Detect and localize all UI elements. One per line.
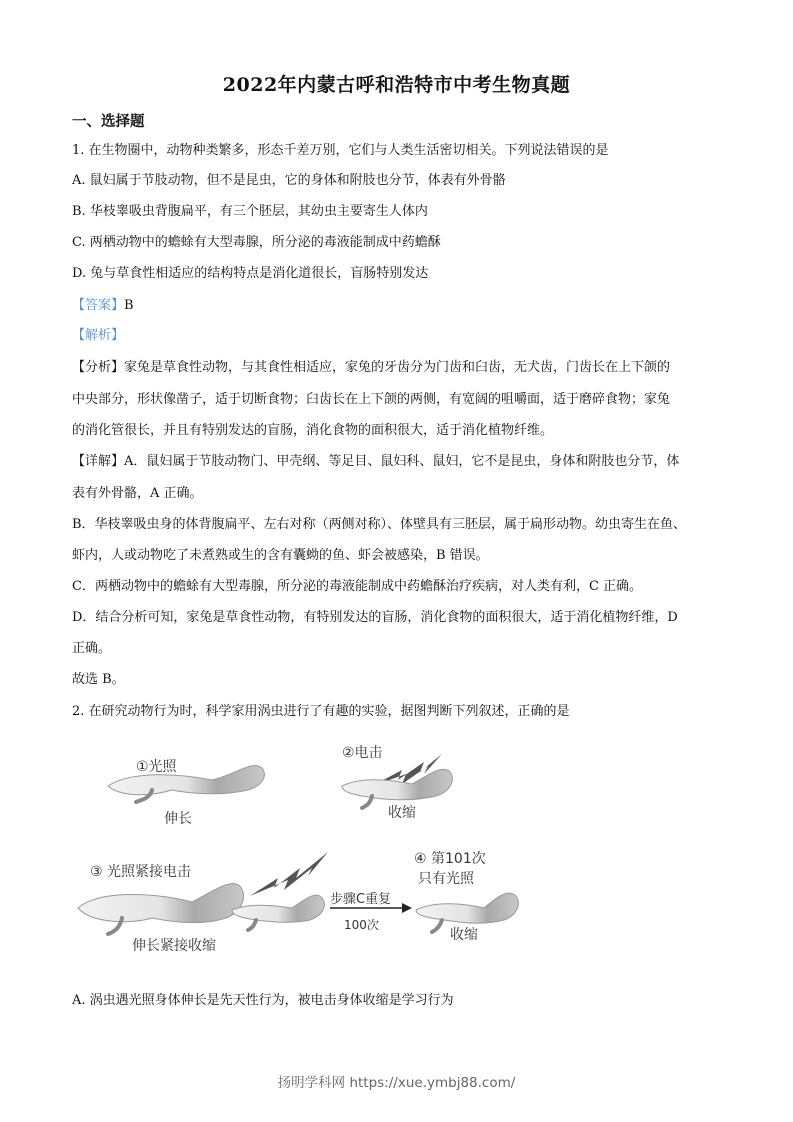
planarian-experiment-figure: ①光照 伸长 ②电击 收缩 ③ 光照紧接电击 伸长紧接收缩 步骤C重复 100次… (72, 728, 542, 973)
analysis-line: 故选 B。 (72, 672, 125, 688)
footer-watermark: 扬明学科网 https://xue.ymbj88.com/ (0, 1071, 793, 1091)
step4-result: 收缩 (450, 924, 478, 944)
analysis-line: 的消化管很长，并且有特别发达的盲肠，消化食物的面积很大，适于消化植物纤维。 (72, 423, 553, 439)
analysis-line: 【详解】A．鼠妇属于节肢动物门、甲壳纲、等足目、鼠妇科、鼠妇，它不是昆虫，身体和… (72, 454, 679, 470)
step1-result: 伸长 (164, 808, 192, 828)
analysis-line: 虾内，人或动物吃了未煮熟或生的含有囊蚴的鱼、虾会被感染，B 错误。 (72, 548, 489, 564)
q1-option-a: A. 鼠妇属于节肢动物，但不是昆虫，它的身体和附肢也分节，体表有外骨骼 (72, 173, 506, 189)
arrow-bottom-label: 100次 (344, 916, 379, 933)
q1-option-d: D. 兔与草食性相适应的结构特点是消化道很长，盲肠特别发达 (72, 266, 428, 282)
analysis-label: 【解析】 (72, 328, 124, 344)
analysis-line: 表有外骨骼，A 正确。 (72, 486, 203, 502)
page-title: 2022年内蒙古呼和浩特市中考生物真题 (0, 70, 793, 97)
planarian-icon (78, 884, 244, 934)
analysis-line: D．结合分析可知，家兔是草食性动物，有特别发达的盲肠，消化食物的面积很大，适于消… (72, 610, 678, 626)
answer-value: B (124, 298, 134, 313)
step1-label: ①光照 (136, 756, 177, 776)
planarian-icon (108, 766, 264, 802)
analysis-line: 中央部分，形状像凿子，适于切断食物；臼齿长在上下颌的两侧，有宽阔的咀嚼面，适于磨… (72, 392, 670, 408)
arrow-top-label: 步骤C重复 (330, 888, 391, 907)
step3-result: 伸长紧接收缩 (132, 935, 216, 955)
answer-label: 【答案】 (72, 298, 124, 313)
analysis-line: B．华枝睾吸虫身的体背腹扁平、左右对称（两侧对称）、体壁具有三胚层，属于扁形动物… (72, 517, 686, 533)
lightning-icon (250, 852, 328, 896)
section-heading: 一、选择题 (72, 110, 145, 131)
analysis-line: 【分析】家兔是草食性动物，与其食性相适应，家兔的牙齿分为门齿和臼齿，无犬齿，门齿… (72, 360, 670, 376)
q2-option-a: A. 涡虫遇光照身体伸长是先天性行为，被电击身体收缩是学习行为 (72, 993, 454, 1009)
step2-label: ②电击 (342, 742, 383, 762)
step3-label: ③ 光照紧接电击 (90, 861, 191, 881)
step2-result: 收缩 (388, 802, 416, 822)
question-1-stem: 1. 在生物圈中，动物种类繁多，形态千差万别，它们与人类生活密切相关。下列说法错… (72, 143, 609, 159)
planarian-icon (232, 895, 324, 930)
analysis-line: 正确。 (72, 641, 111, 657)
q1-answer: 【答案】B (72, 298, 134, 314)
arrow-head-icon (402, 903, 412, 913)
q1-option-c: C. 两栖动物中的蟾蜍有大型毒腺，所分泌的毒液能制成中药蟾酥 (72, 235, 441, 251)
q1-option-b: B. 华枝睾吸虫背腹扁平，有三个胚层，其幼虫主要寄生人体内 (72, 204, 428, 220)
step4-label-line2: 只有光照 (418, 868, 474, 888)
step4-label-line1: ④ 第101次 (414, 848, 486, 868)
analysis-line: C．两栖动物中的蟾蜍有大型毒腺，所分泌的毒液能制成中药蟾酥治疗疾病，对人类有利，… (72, 579, 642, 595)
question-2-stem: 2. 在研究动物行为时，科学家用涡虫进行了有趣的实验，据图判断下列叙述，正确的是 (72, 704, 570, 720)
